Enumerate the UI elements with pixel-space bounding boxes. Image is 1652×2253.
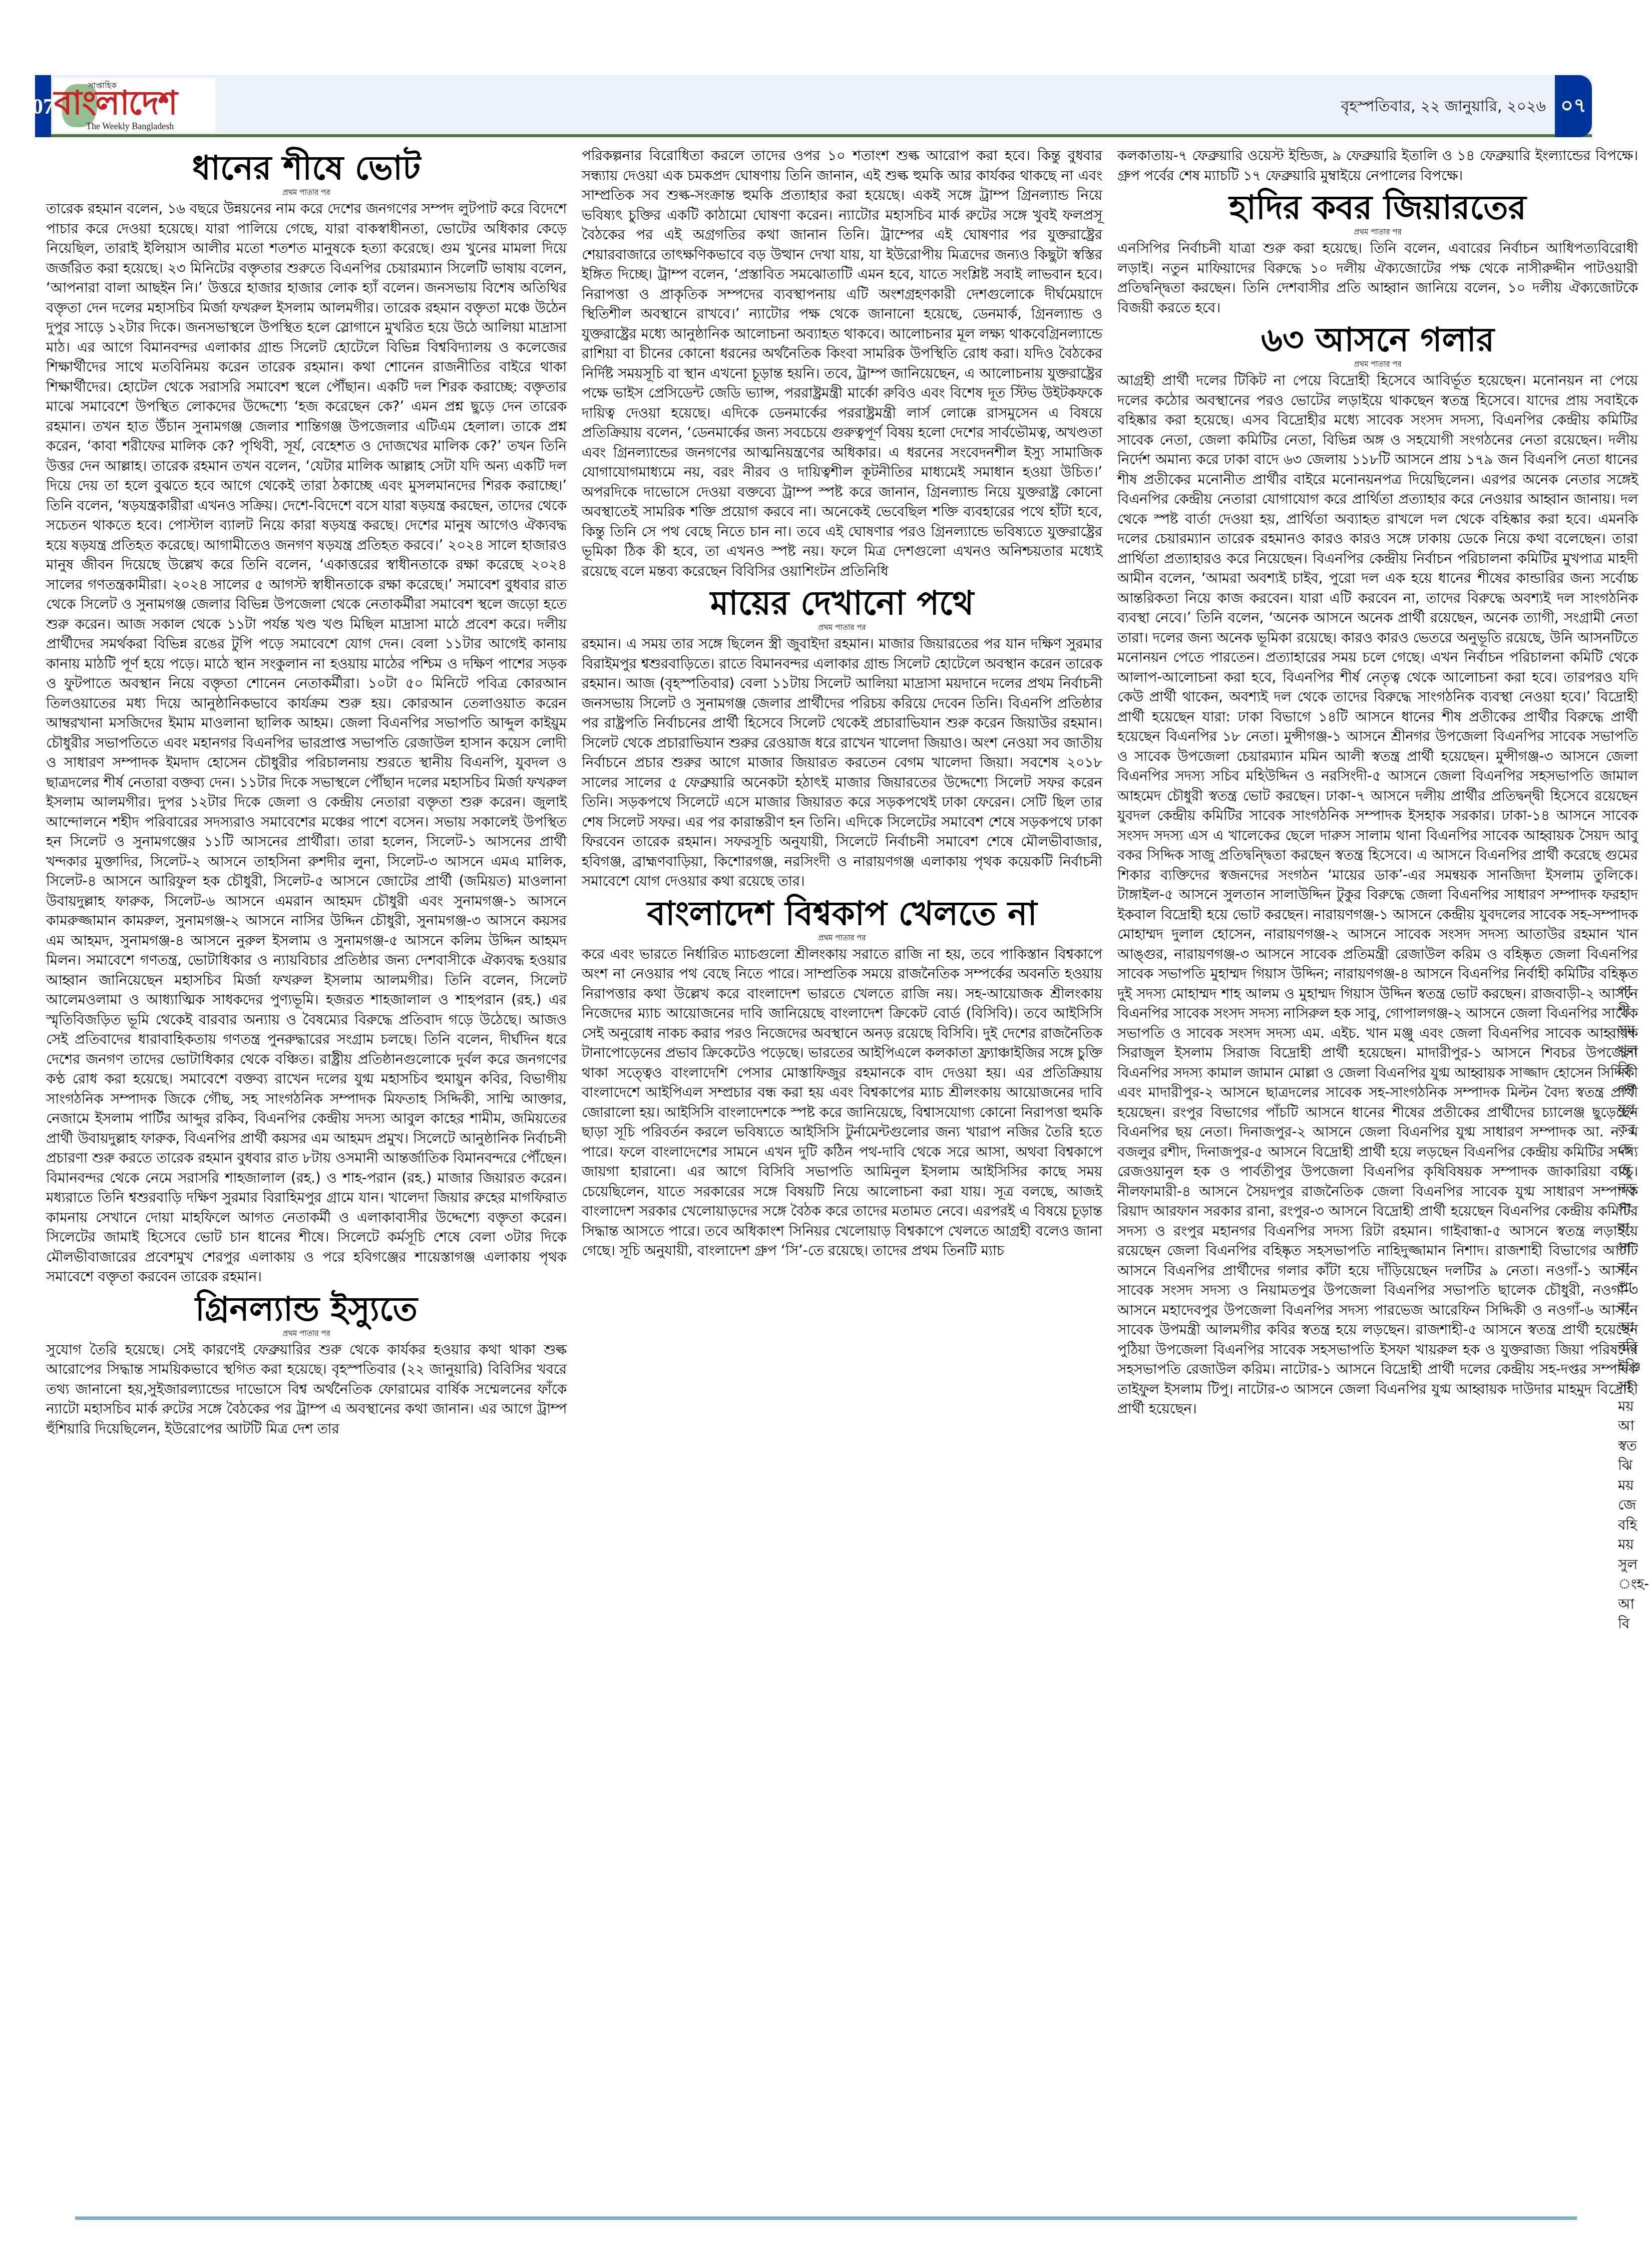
fragment-line: যুগ xyxy=(1618,1100,1652,1120)
continued-label: প্রথম পাতার পর xyxy=(1117,227,1638,237)
fragment-line: স্বত xyxy=(1618,1436,1652,1456)
fragment-line: সা xyxy=(1618,1377,1652,1397)
article-body: সুযোগ তৈরি হয়েছে। সেই কারণেই ফেব্রুয়ার… xyxy=(46,1340,567,1439)
continued-label: প্রথম পাতার পর xyxy=(582,933,1102,943)
fragment-line: আ xyxy=(1618,1318,1652,1338)
logo-subtitle: The Weekly Bangladesh xyxy=(86,121,174,132)
fragment-line: বি xyxy=(1618,1614,1652,1634)
article-body: এনসিপির নির্বাচনী যাত্রা শুরু করা হয়েছে… xyxy=(1117,239,1638,318)
masthead: 07 সাপ্তাহিক বাংলাদেশ The Weekly Banglad… xyxy=(35,75,1592,137)
fragment-line: বি xyxy=(1618,1060,1652,1080)
fragment-line: ময় xyxy=(1618,1535,1652,1555)
article-body: করে এবং ভারতে নির্ধারিত ম্যাচগুলো শ্রীলং… xyxy=(582,945,1102,1261)
fragment-line: খুল xyxy=(1618,1041,1652,1061)
page-number-left: 07 xyxy=(35,75,51,137)
continued-label: প্রথম পাতার পর xyxy=(46,187,567,197)
headline-hadi: হাদির কবর জিয়ারতের xyxy=(1117,189,1638,227)
fragment-line: শী xyxy=(1618,1001,1652,1021)
fragment-line: বা xyxy=(1618,1258,1652,1278)
fragment-line: সুল xyxy=(1618,1555,1652,1575)
headline-paddy: ধানের শীষে ভোট xyxy=(46,149,567,187)
fragment-line: ইণ্ডি xyxy=(1618,1357,1652,1377)
continued-label: প্রথম পাতার পর xyxy=(1117,359,1638,369)
column-1: ধানের শীষে ভোট প্রথম পাতার পর তারেক রহমা… xyxy=(46,146,567,1439)
page-number-right: ০৭ xyxy=(1555,75,1592,137)
fragment-line: গণ xyxy=(1618,1080,1652,1100)
fragment-line: ময় xyxy=(1618,1397,1652,1417)
fragment-line: ময় xyxy=(1618,1476,1652,1496)
headline-mother: মায়ের দেখানো পথে xyxy=(582,584,1102,622)
fragment-line: বরি xyxy=(1618,1337,1652,1357)
fragment-line: প্রা xyxy=(1618,1278,1652,1298)
fragment-line: বা xyxy=(1618,1219,1652,1239)
clipped-column-fragment: পাশীসমখুলবিগণযুগকরছেদেনড়সাবাসাবাপ্রাবাআ… xyxy=(1618,981,1652,1634)
headline-greenland: গ্রিনল্যান্ড ইস্যুতে xyxy=(46,1290,567,1328)
article-body: পরিকল্পনার বিরোধিতা করলে তাদের ওপর ১০ শত… xyxy=(582,146,1102,581)
fragment-line: বহি xyxy=(1618,1516,1652,1536)
fragment-line: সা xyxy=(1618,1199,1652,1219)
column-2: পরিকল্পনার বিরোধিতা করলে তাদের ওপর ১০ শত… xyxy=(582,146,1102,1261)
fragment-line: সম xyxy=(1618,1021,1652,1041)
headline-seats63: ৬৩ আসনে গলার xyxy=(1117,321,1638,359)
article-body: কলকাতায়-৭ ফেব্রুয়ারি ওয়েস্ট ইন্ডিজ, ৯… xyxy=(1117,146,1638,186)
fragment-line: জে xyxy=(1618,1495,1652,1516)
issue-date: বৃহস্পতিবার, ২২ জানুয়ারি, ২০২৬ xyxy=(1341,94,1546,120)
fragment-line: সা xyxy=(1618,1239,1652,1259)
fragment-line: ঝি xyxy=(1618,1456,1652,1476)
fragment-line: দে xyxy=(1618,1160,1652,1180)
article-body: আগ্রহী প্রার্থী দলের টিকিট না পেয়ে বিদ্… xyxy=(1117,371,1638,1419)
fragment-line: ছে xyxy=(1618,1140,1652,1160)
newspaper-logo[interactable]: সাপ্তাহিক বাংলাদেশ The Weekly Bangladesh xyxy=(53,78,215,132)
fragment-line: আ xyxy=(1618,1416,1652,1436)
logo-name: বাংলাদেশ xyxy=(54,85,177,121)
footer-rule xyxy=(75,2216,1577,2220)
fragment-line: নড় xyxy=(1618,1179,1652,1199)
fragment-line: বা xyxy=(1618,1298,1652,1318)
continued-label: প্রথম পাতার পর xyxy=(46,1328,567,1338)
article-body: তারেক রহমান বলেন, ১৬ বছরে উন্নয়নের নাম … xyxy=(46,199,567,1287)
fragment-line: পা xyxy=(1618,981,1652,1001)
column-3: কলকাতায়-৭ ফেব্রুয়ারি ওয়েস্ট ইন্ডিজ, ৯… xyxy=(1117,146,1638,1419)
continued-label: প্রথম পাতার পর xyxy=(582,622,1102,632)
fragment-line: ংহ- xyxy=(1618,1575,1652,1595)
fragment-line: আ xyxy=(1618,1595,1652,1615)
headline-cricket: বাংলাদেশ বিশ্বকাপ খেলতে না xyxy=(582,895,1102,933)
article-body: রহমান। এ সময় তার সঙ্গে ছিলেন স্ত্রী জুব… xyxy=(582,634,1102,892)
fragment-line: কর xyxy=(1618,1120,1652,1140)
